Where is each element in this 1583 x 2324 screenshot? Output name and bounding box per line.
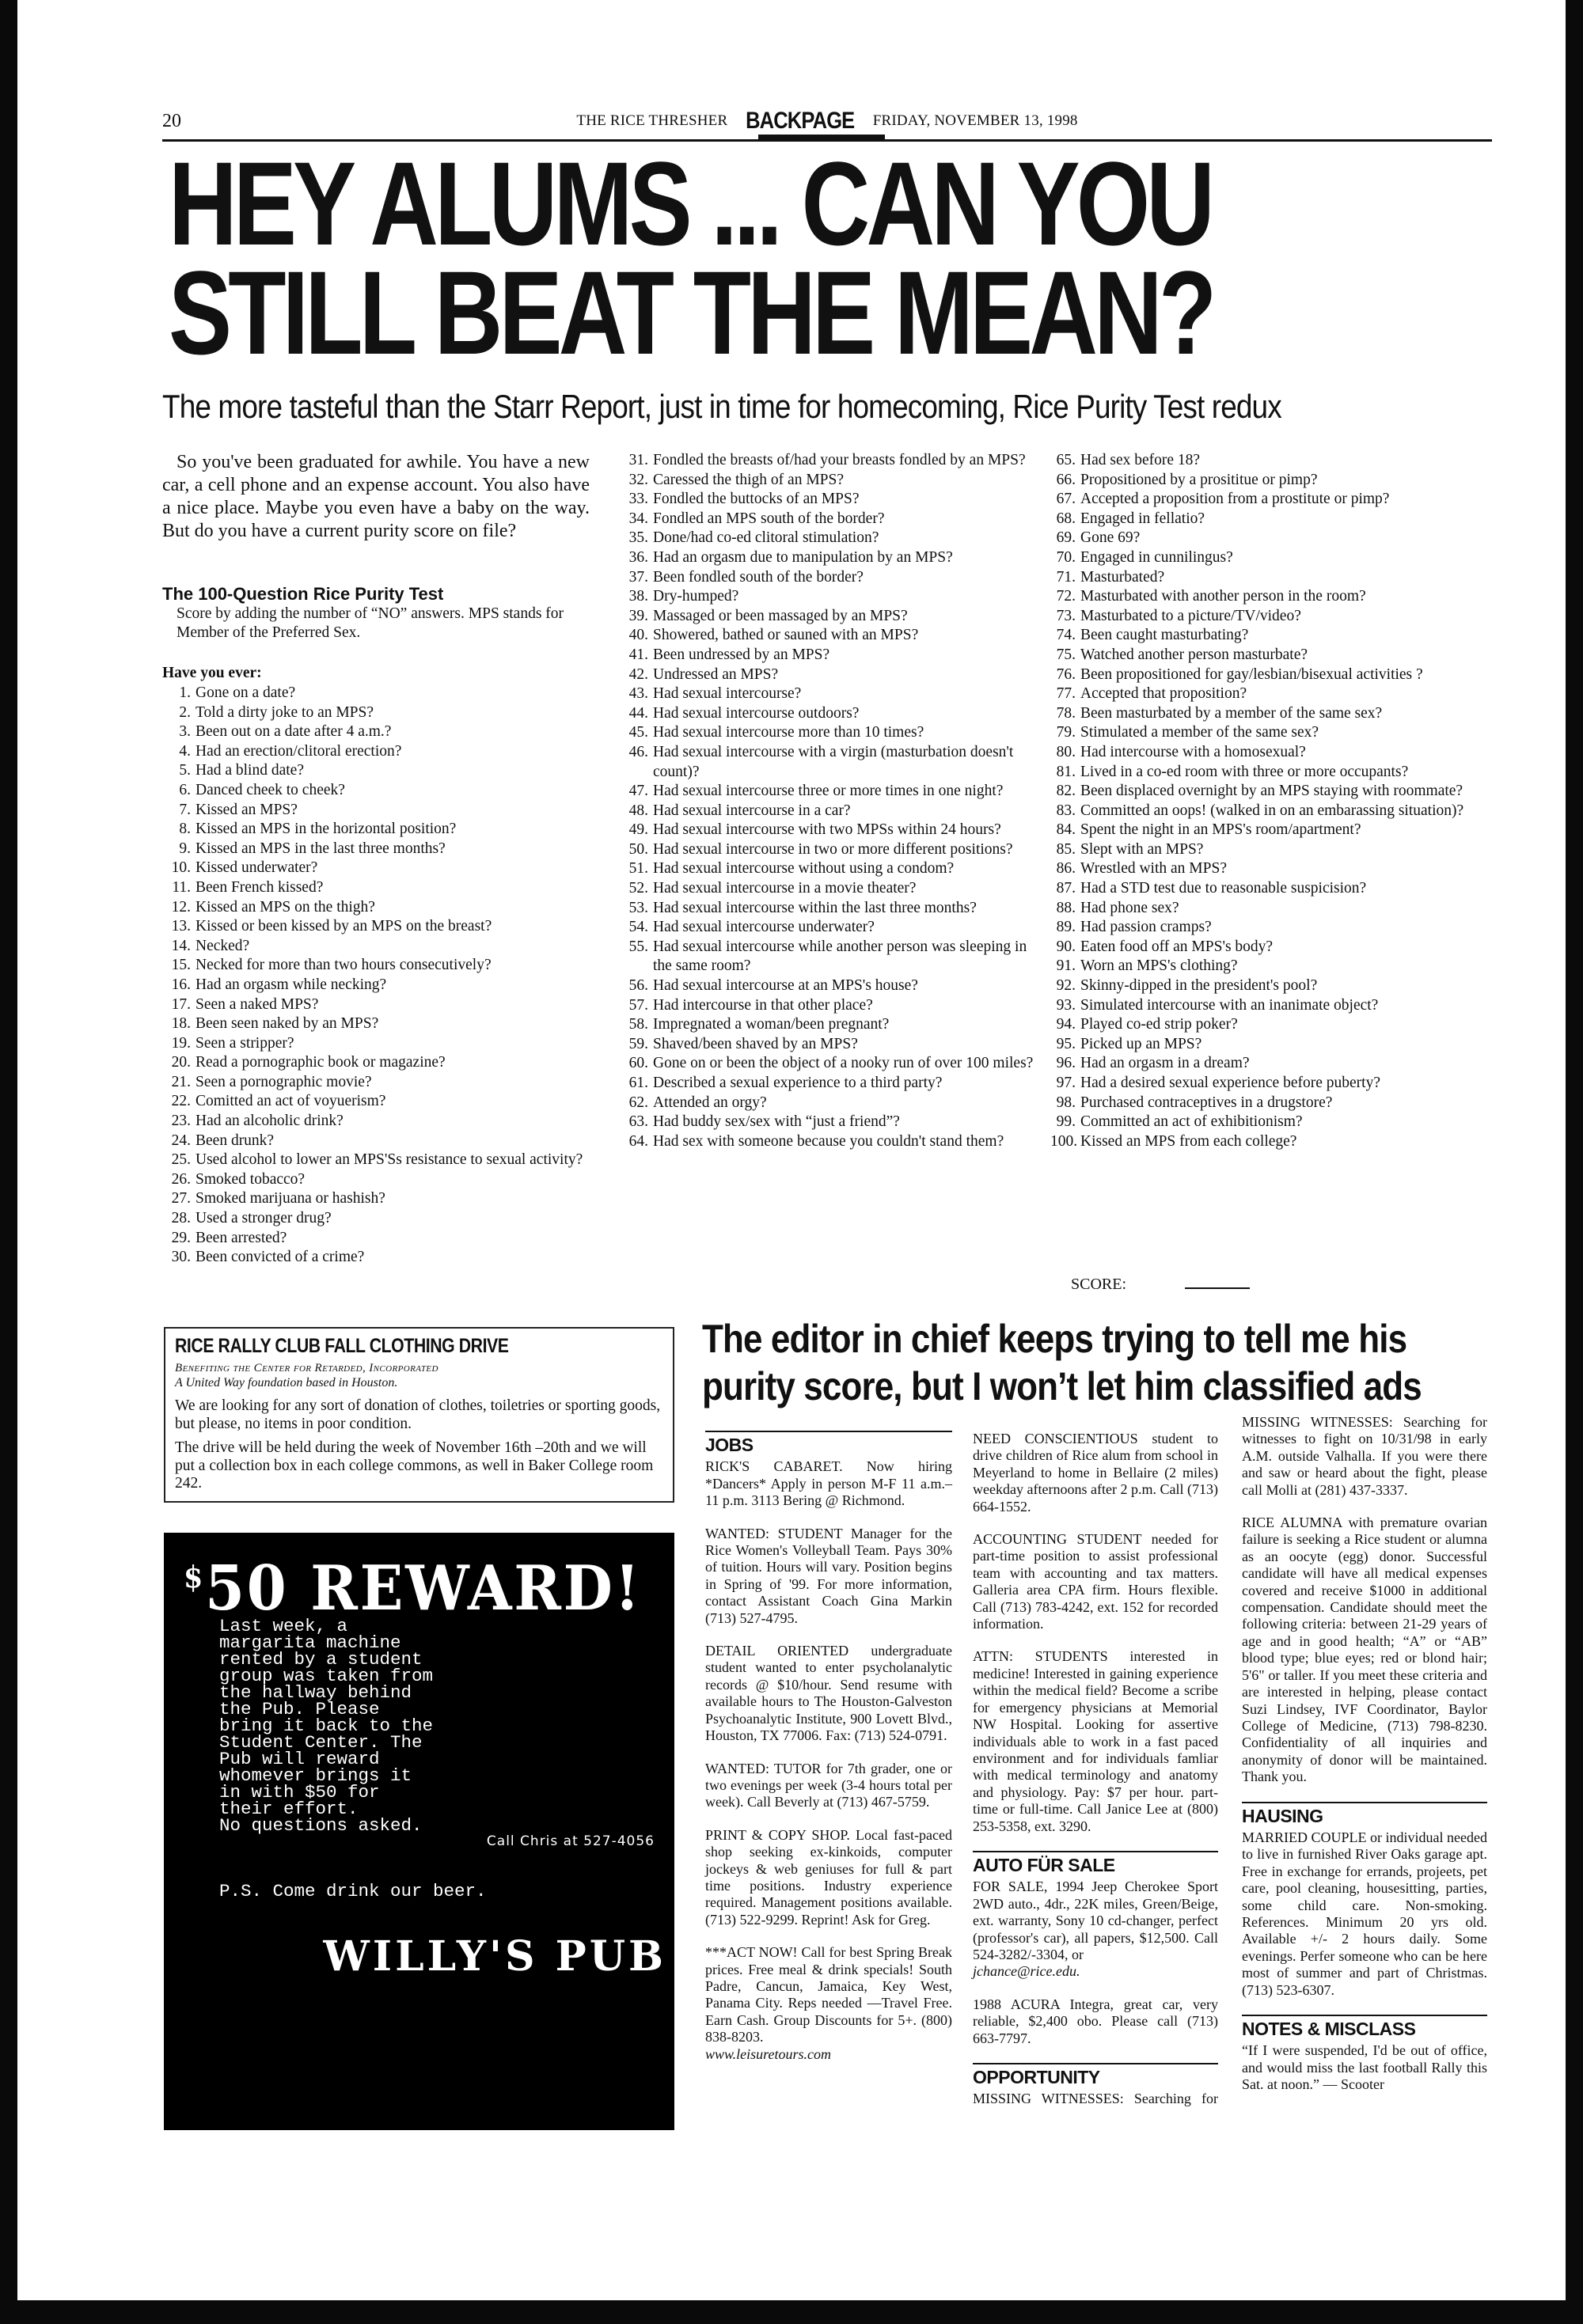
question-item: 98.Purchased contraceptives in a drugsto… (1050, 1094, 1494, 1113)
question-number: 99. (1050, 1113, 1076, 1132)
question-item: 97.Had a desired sexual experience befor… (1050, 1074, 1494, 1094)
question-text: Had sexual intercourse with two MPSs wit… (653, 821, 1001, 838)
question-text: Undressed an MPS? (653, 666, 778, 683)
question-number: 93. (1050, 996, 1076, 1016)
question-item: 81.Lived in a co-ed room with three or m… (1050, 763, 1494, 783)
question-item: 7.Kissed an MPS? (165, 801, 597, 821)
masthead: 20 THE RICE THRESHER BACKPAGE FRIDAY, NO… (162, 108, 1492, 136)
question-item: 17.Seen a naked MPS? (165, 995, 597, 1015)
question-text: Massaged or been massaged by an MPS? (653, 608, 908, 624)
main-headline: HEY ALUMS ... CAN YOU STILL BEAT THE MEA… (169, 149, 1232, 367)
question-item: 30.Been convicted of a crime? (165, 1248, 597, 1268)
question-number: 56. (623, 976, 648, 996)
question-text: Gone on or been the object of a nooky ru… (653, 1055, 1033, 1071)
question-text: Masturbated with another person in the r… (1080, 588, 1366, 605)
question-number: 67. (1050, 490, 1076, 510)
question-text: Been displaced overnight by an MPS stayi… (1080, 783, 1463, 799)
question-number: 86. (1050, 859, 1076, 879)
question-item: 9.Kissed an MPS in the last three months… (165, 840, 597, 859)
drive-subtitle-2: A United Way foundation based in Houston… (175, 1375, 663, 1391)
question-item: 31.Fondled the breasts of/had your breas… (623, 451, 1034, 471)
question-text: Used a stronger drug? (196, 1210, 332, 1226)
question-text: Masturbated? (1080, 569, 1164, 586)
question-text: Had sexual intercourse at an MPS's house… (653, 977, 918, 994)
question-item: 87.Had a STD test due to reasonable susp… (1050, 879, 1494, 899)
question-item: 48.Had sexual intercourse in a car? (623, 802, 1034, 821)
question-text: Spent the night in an MPS's room/apartme… (1080, 821, 1361, 838)
question-item: 90.Eaten food off an MPS's body? (1050, 938, 1494, 957)
score-field: SCORE: (1071, 1276, 1250, 1294)
question-text: Had sexual intercourse in two or more di… (653, 841, 1013, 858)
question-number: 84. (1050, 821, 1076, 840)
clothing-drive-box: RICE RALLY CLUB FALL CLOTHING DRIVE Bene… (164, 1327, 674, 1503)
question-text: Read a pornographic book or magazine? (196, 1054, 446, 1071)
question-item: 73.Masturbated to a picture/TV/video? (1050, 607, 1494, 627)
question-number: 34. (623, 510, 648, 529)
question-item: 76.Been propositioned for gay/lesbian/bi… (1050, 665, 1494, 685)
question-text: Had a blind date? (196, 762, 304, 779)
question-item: 61.Described a sexual experience to a th… (623, 1074, 1034, 1094)
question-text: Had sexual intercourse in a car? (653, 802, 851, 819)
question-text: Necked? (196, 938, 249, 954)
question-text: Described a sexual experience to a third… (653, 1075, 942, 1091)
question-text: Had a STD test due to reasonable suspici… (1080, 880, 1366, 897)
classified-ad-continued: MISSING WITNESSES: Searching for witness… (1242, 1414, 1487, 1499)
question-text: Had sexual intercourse without using a c… (653, 860, 954, 877)
question-text: Done/had co-ed clitoral stimulation? (653, 529, 879, 546)
question-number: 57. (623, 996, 648, 1016)
question-text: Shaved/been shaved by an MPS? (653, 1036, 858, 1052)
question-list-col-3: 65.Had sex before 18?66.Propositioned by… (1050, 451, 1494, 1151)
question-number: 48. (623, 802, 648, 821)
question-text: Seen a naked MPS? (196, 996, 318, 1013)
question-item: 3.Been out on a date after 4 a.m.? (165, 722, 597, 742)
question-text: Had buddy sex/sex with “just a friend”? (653, 1113, 900, 1130)
question-number: 42. (623, 665, 648, 685)
question-text: Accepted that proposition? (1080, 685, 1247, 702)
question-number: 90. (1050, 938, 1076, 957)
question-number: 59. (623, 1035, 648, 1055)
question-number: 2. (165, 703, 191, 723)
question-text: Caressed the thigh of an MPS? (653, 472, 844, 488)
question-number: 100. (1050, 1132, 1076, 1152)
question-number: 77. (1050, 684, 1076, 704)
leisuretours-link[interactable]: www.leisuretours.com (705, 2046, 952, 2063)
question-text: Been propositioned for gay/lesbian/bisex… (1080, 666, 1423, 683)
question-number: 68. (1050, 510, 1076, 529)
question-number: 49. (623, 821, 648, 840)
section-title-notes: NOTES & MISCLASS (1242, 2021, 1487, 2038)
question-text: Masturbated to a picture/TV/video? (1080, 608, 1301, 624)
willys-pub-logo: WILLY'S PUB (323, 1932, 666, 1981)
question-number: 8. (165, 820, 191, 840)
score-blank (1185, 1287, 1250, 1289)
section-title-auto: AUTO FÜR SALE (973, 1857, 1218, 1874)
question-text: Been fondled south of the border? (653, 569, 864, 586)
question-text: Kissed an MPS in the last three months? (196, 840, 446, 857)
drive-paragraph-2: The drive will be held during the week o… (175, 1439, 663, 1493)
question-number: 37. (623, 568, 648, 588)
question-item: 19.Seen a stripper? (165, 1034, 597, 1054)
section-title-housing: HAUSING (1242, 1808, 1487, 1825)
question-number: 25. (165, 1151, 191, 1170)
headline-line-2: STILL BEAT THE MEAN? (169, 258, 1498, 367)
question-item: 46.Had sexual intercourse with a virgin … (623, 743, 1034, 782)
question-item: 2.Told a dirty joke to an MPS? (165, 703, 597, 723)
question-text: Had sexual intercourse three or more tim… (653, 783, 1003, 799)
question-item: 28.Used a stronger drug? (165, 1209, 597, 1229)
question-item: 43.Had sexual intercourse? (623, 684, 1034, 704)
question-item: 79.Stimulated a member of the same sex? (1050, 723, 1494, 743)
section-title-opportunity: OPPORTUNITY (973, 2069, 1218, 2086)
question-item: 82.Been displaced overnight by an MPS st… (1050, 782, 1494, 802)
question-number: 70. (1050, 548, 1076, 568)
question-text: Picked up an MPS? (1080, 1036, 1201, 1052)
question-item: 52.Had sexual intercourse in a movie the… (623, 879, 1034, 899)
question-text: Simulated intercourse with an inanimate … (1080, 997, 1378, 1014)
question-text: Dry-humped? (653, 588, 738, 605)
question-number: 72. (1050, 587, 1076, 607)
drive-paragraph-1: We are looking for any sort of donation … (175, 1397, 663, 1433)
question-text: Been out on a date after 4 a.m.? (196, 723, 391, 740)
question-item: 50.Had sexual intercourse in two or more… (623, 840, 1034, 860)
question-number: 24. (165, 1132, 191, 1151)
question-number: 13. (165, 917, 191, 937)
question-item: 74.Been caught masturbating? (1050, 626, 1494, 646)
dollar-sign: $ (184, 1559, 205, 1594)
question-number: 18. (165, 1014, 191, 1034)
classified-ad: FOR SALE, 1994 Jeep Cherokee Sport 2WD a… (973, 1879, 1218, 1963)
question-number: 23. (165, 1112, 191, 1132)
question-number: 44. (623, 704, 648, 724)
question-text: Had sex before 18? (1080, 452, 1200, 468)
question-text: Smoked tobacco? (196, 1171, 305, 1188)
section-rule (973, 1851, 1218, 1852)
question-number: 46. (623, 743, 648, 763)
section-rule (1242, 1802, 1487, 1803)
headline-line-1: HEY ALUMS ... CAN YOU (169, 149, 1498, 258)
question-text: Kissed an MPS in the horizontal position… (196, 821, 456, 837)
question-item: 75.Watched another person masturbate? (1050, 646, 1494, 665)
question-item: 70.Engaged in cunnilingus? (1050, 548, 1494, 568)
question-item: 51.Had sexual intercourse without using … (623, 859, 1034, 879)
question-item: 78.Been masturbated by a member of the s… (1050, 704, 1494, 724)
question-text: Gone 69? (1080, 529, 1140, 546)
question-item: 56.Had sexual intercourse at an MPS's ho… (623, 976, 1034, 996)
question-text: Been drunk? (196, 1132, 274, 1149)
classified-ad: MARRIED COUPLE or individual needed to l… (1242, 1829, 1487, 1999)
question-number: 26. (165, 1170, 191, 1190)
classified-ad: DETAIL ORIENTED undergraduate student wa… (705, 1643, 952, 1744)
question-number: 21. (165, 1073, 191, 1093)
question-number: 51. (623, 859, 648, 879)
classified-ad: WANTED: STUDENT Manager for the Rice Wom… (705, 1526, 952, 1627)
question-number: 20. (165, 1053, 191, 1073)
question-item: 58.Impregnated a woman/been pregnant? (623, 1015, 1034, 1035)
question-item: 14.Necked? (165, 937, 597, 957)
section-rule (1242, 2015, 1487, 2016)
question-number: 87. (1050, 879, 1076, 899)
question-number: 98. (1050, 1094, 1076, 1113)
question-item: 96.Had an orgasm in a dream? (1050, 1054, 1494, 1074)
question-item: 8.Kissed an MPS in the horizontal positi… (165, 820, 597, 840)
question-item: 1.Gone on a date? (165, 684, 597, 703)
subheadline: The more tasteful than the Starr Report,… (162, 388, 1332, 426)
question-number: 1. (165, 684, 191, 703)
question-number: 63. (623, 1113, 648, 1132)
question-item: 69.Gone 69? (1050, 529, 1494, 548)
question-number: 14. (165, 937, 191, 957)
question-item: 88.Had phone sex? (1050, 899, 1494, 919)
question-item: 27.Smoked marijuana or hashish? (165, 1189, 597, 1209)
question-item: 23.Had an alcoholic drink? (165, 1112, 597, 1132)
question-text: Seen a stripper? (196, 1035, 294, 1052)
question-text: Comitted an act of voyuerism? (196, 1093, 385, 1109)
question-text: Had an alcoholic drink? (196, 1113, 344, 1129)
question-number: 89. (1050, 918, 1076, 938)
question-number: 29. (165, 1229, 191, 1249)
section-rule (705, 1431, 952, 1432)
question-number: 5. (165, 761, 191, 781)
question-item: 60.Gone on or been the object of a nooky… (623, 1054, 1034, 1074)
reward-title-text: 50 REWARD! (205, 1552, 642, 1625)
question-item: 24.Been drunk? (165, 1132, 597, 1151)
question-number: 17. (165, 995, 191, 1015)
question-text: Purchased contraceptives in a drugstore? (1080, 1094, 1332, 1111)
question-item: 94.Played co-ed strip poker? (1050, 1015, 1494, 1035)
question-list-col-1: 1.Gone on a date?2.Told a dirty joke to … (165, 684, 597, 1268)
question-number: 69. (1050, 529, 1076, 548)
question-text: Kissed an MPS on the thigh? (196, 899, 375, 916)
scan-border-right (1566, 0, 1583, 2324)
question-item: 77.Accepted that proposition? (1050, 684, 1494, 704)
question-text: Committed an act of exhibitionism? (1080, 1113, 1303, 1130)
test-prompt: Have you ever: (162, 665, 262, 682)
intro-paragraph: So you've been graduated for awhile. You… (162, 451, 590, 543)
scan-border-bottom (0, 2300, 1583, 2324)
question-number: 82. (1050, 782, 1076, 802)
test-title: The 100-Question Rice Purity Test (162, 584, 443, 605)
question-number: 55. (623, 938, 648, 957)
question-text: Had sexual intercourse with a virgin (ma… (653, 744, 1013, 780)
question-number: 58. (623, 1015, 648, 1035)
question-number: 47. (623, 782, 648, 802)
question-text: Watched another person masturbate? (1080, 646, 1308, 663)
question-item: 91.Worn an MPS's clothing? (1050, 957, 1494, 976)
question-item: 35.Done/had co-ed clitoral stimulation? (623, 529, 1034, 548)
question-item: 54.Had sexual intercourse underwater? (623, 918, 1034, 938)
question-number: 79. (1050, 723, 1076, 743)
question-text: Impregnated a woman/been pregnant? (653, 1016, 889, 1033)
question-number: 75. (1050, 646, 1076, 665)
question-text: Had an orgasm due to manipulation by an … (653, 549, 953, 566)
question-text: Had sex with someone because you couldn'… (653, 1133, 1004, 1150)
question-item: 55.Had sexual intercourse while another … (623, 938, 1034, 976)
question-text: Had sexual intercourse outdoors? (653, 705, 859, 722)
question-number: 45. (623, 723, 648, 743)
question-text: Gone on a date? (196, 684, 295, 701)
question-item: 67.Accepted a proposition from a prostit… (1050, 490, 1494, 510)
question-item: 26.Smoked tobacco? (165, 1170, 597, 1190)
classified-ad: PRINT & COPY SHOP. Local fast-paced shop… (705, 1827, 952, 1928)
question-number: 15. (165, 956, 191, 976)
question-item: 29.Been arrested? (165, 1229, 597, 1249)
question-item: 72.Masturbated with another person in th… (1050, 587, 1494, 607)
paper-name: THE RICE THRESHER (576, 112, 727, 129)
question-text: Wrestled with an MPS? (1080, 860, 1227, 877)
question-text: Been masturbated by a member of the same… (1080, 705, 1382, 722)
question-number: 32. (623, 471, 648, 491)
question-item: 38.Dry-humped? (623, 587, 1034, 607)
question-item: 20.Read a pornographic book or magazine? (165, 1053, 597, 1073)
question-number: 81. (1050, 763, 1076, 783)
question-text: Kissed underwater? (196, 859, 317, 876)
question-text: Committed an oops! (walked in on an emba… (1080, 802, 1463, 819)
question-item: 32.Caressed the thigh of an MPS? (623, 471, 1034, 491)
classified-ad: “If I were suspended, I'd be out of offi… (1242, 2042, 1487, 2093)
question-text: Had an erection/clitoral erection? (196, 743, 401, 760)
question-number: 66. (1050, 471, 1076, 491)
classifieds-headline: The editor in chief keeps trying to tell… (702, 1315, 1399, 1410)
question-number: 10. (165, 859, 191, 878)
question-number: 7. (165, 801, 191, 821)
question-number: 62. (623, 1094, 648, 1113)
question-item: 66.Propositioned by a prosititue or pimp… (1050, 471, 1494, 491)
classified-ad: MISSING WITNESSES: Searching for witness… (973, 2091, 1218, 2107)
question-item: 15.Necked for more than two hours consec… (165, 956, 597, 976)
question-text: Had sexual intercourse underwater? (653, 919, 875, 935)
question-text: Had an orgasm in a dream? (1080, 1055, 1250, 1071)
question-item: 18.Been seen naked by an MPS? (165, 1014, 597, 1034)
question-item: 39.Massaged or been massaged by an MPS? (623, 607, 1034, 627)
email-link[interactable]: jchance@rice.edu. (973, 1963, 1218, 1980)
question-item: 33.Fondled the buttocks of an MPS? (623, 490, 1034, 510)
question-text: Fondled an MPS south of the border? (653, 510, 884, 527)
question-number: 96. (1050, 1054, 1076, 1074)
reward-postscript: P.S. Come drink our beer. (219, 1881, 487, 1901)
question-item: 63.Had buddy sex/sex with “just a friend… (623, 1113, 1034, 1132)
reward-contact: Call Chris at 527-4056 (487, 1833, 655, 1849)
drive-title: RICE RALLY CLUB FALL CLOTHING DRIVE (175, 1335, 590, 1358)
question-text: Had sexual intercourse more than 10 time… (653, 724, 924, 741)
question-number: 30. (165, 1248, 191, 1268)
question-text: Stimulated a member of the same sex? (1080, 724, 1319, 741)
question-item: 85.Slept with an MPS? (1050, 840, 1494, 860)
question-item: 80.Had intercourse with a homosexual? (1050, 743, 1494, 763)
classified-ad: RICK'S CABARET. Now hiring *Dancers* App… (705, 1458, 952, 1509)
question-text: Attended an orgy? (653, 1094, 767, 1111)
question-text: Accepted a proposition from a prostitute… (1080, 491, 1389, 507)
question-item: 42.Undressed an MPS? (623, 665, 1034, 685)
reward-title: $50 REWARD! (184, 1552, 642, 1625)
question-item: 21.Seen a pornographic movie? (165, 1073, 597, 1093)
question-text: Had intercourse in that other place? (653, 997, 873, 1014)
question-item: 22.Comitted an act of voyuerism? (165, 1092, 597, 1112)
question-number: 28. (165, 1209, 191, 1229)
question-number: 60. (623, 1054, 648, 1074)
question-item: 62.Attended an orgy? (623, 1094, 1034, 1113)
classified-ad: ACCOUNTING STUDENT needed for part-time … (973, 1531, 1218, 1632)
question-item: 93.Simulated intercourse with an inanima… (1050, 996, 1494, 1016)
question-text: Had phone sex? (1080, 900, 1179, 916)
question-item: 16.Had an orgasm while necking? (165, 976, 597, 995)
question-number: 85. (1050, 840, 1076, 860)
question-item: 44.Had sexual intercourse outdoors? (623, 704, 1034, 724)
question-item: 64.Had sex with someone because you coul… (623, 1132, 1034, 1152)
issue-date: FRIDAY, NOVEMBER 13, 1998 (873, 112, 1078, 129)
question-text: Fondled the breasts of/had your breasts … (653, 452, 1026, 468)
question-number: 95. (1050, 1035, 1076, 1055)
question-item: 25.Used alcohol to lower an MPS'Ss resis… (165, 1151, 597, 1170)
classifieds-headline-2: purity score, but I won’t let him classi… (702, 1363, 1399, 1410)
question-item: 12.Kissed an MPS on the thigh? (165, 898, 597, 918)
question-item: 10.Kissed underwater? (165, 859, 597, 878)
question-number: 35. (623, 529, 648, 548)
question-number: 40. (623, 626, 648, 646)
question-text: Had sexual intercourse within the last t… (653, 900, 977, 916)
question-text: Been caught masturbating? (1080, 627, 1248, 643)
question-item: 83.Committed an oops! (walked in on an e… (1050, 802, 1494, 821)
question-text: Skinny-dipped in the president's pool? (1080, 977, 1317, 994)
question-number: 31. (623, 451, 648, 471)
masthead-center: THE RICE THRESHER BACKPAGE FRIDAY, NOVEM… (162, 108, 1492, 135)
question-number: 92. (1050, 976, 1076, 996)
question-text: Had an orgasm while necking? (196, 976, 386, 993)
question-number: 36. (623, 548, 648, 568)
question-text: Danced cheek to cheek? (196, 782, 345, 798)
question-item: 100.Kissed an MPS from each college? (1050, 1132, 1494, 1152)
section-name: BACKPAGE (746, 108, 854, 135)
question-text: Had a desired sexual experience before p… (1080, 1075, 1380, 1091)
question-number: 52. (623, 879, 648, 899)
question-number: 61. (623, 1074, 648, 1094)
reward-body: Last week, a margarita machine rented by… (219, 1618, 457, 1834)
question-text: Worn an MPS's clothing? (1080, 957, 1238, 974)
classified-ad: ***ACT NOW! Call for best Spring Break p… (705, 1944, 952, 2045)
question-number: 54. (623, 918, 648, 938)
question-number: 9. (165, 840, 191, 859)
classified-ad: ATTN: STUDENTS interested in medicine! I… (973, 1648, 1218, 1834)
question-item: 86.Wrestled with an MPS? (1050, 859, 1494, 879)
classified-ad: RICE ALUMNA with premature ovarian failu… (1242, 1515, 1487, 1786)
question-item: 99.Committed an act of exhibitionism? (1050, 1113, 1494, 1132)
question-number: 91. (1050, 957, 1076, 976)
section-title-jobs: JOBS (705, 1437, 952, 1454)
question-item: 57.Had intercourse in that other place? (623, 996, 1034, 1016)
question-text: Necked for more than two hours consecuti… (196, 957, 492, 973)
question-item: 6.Danced cheek to cheek? (165, 781, 597, 801)
question-item: 45.Had sexual intercourse more than 10 t… (623, 723, 1034, 743)
question-item: 40.Showered, bathed or sauned with an MP… (623, 626, 1034, 646)
question-number: 80. (1050, 743, 1076, 763)
classifieds-headline-1: The editor in chief keeps trying to tell… (702, 1315, 1399, 1363)
reward-ad: $50 REWARD! Last week, a margarita machi… (164, 1533, 674, 2130)
question-number: 94. (1050, 1015, 1076, 1035)
question-item: 89.Had passion cramps? (1050, 918, 1494, 938)
question-text: Played co-ed strip poker? (1080, 1016, 1238, 1033)
question-text: Eaten food off an MPS's body? (1080, 938, 1273, 955)
question-text: Engaged in cunnilingus? (1080, 549, 1233, 566)
question-item: 71.Masturbated? (1050, 568, 1494, 588)
question-item: 37.Been fondled south of the border? (623, 568, 1034, 588)
question-number: 78. (1050, 704, 1076, 724)
classifieds-col-1: JOBS RICK'S CABARET. Now hiring *Dancers… (705, 1431, 952, 2063)
question-item: 47.Had sexual intercourse three or more … (623, 782, 1034, 802)
question-text: Had sexual intercourse while another per… (653, 938, 1027, 975)
classified-ad: 1988 ACURA Integra, great car, very reli… (973, 1996, 1218, 2047)
drive-subtitle: Benefiting the Center for Retarded, Inco… (175, 1361, 663, 1375)
question-number: 33. (623, 490, 648, 510)
